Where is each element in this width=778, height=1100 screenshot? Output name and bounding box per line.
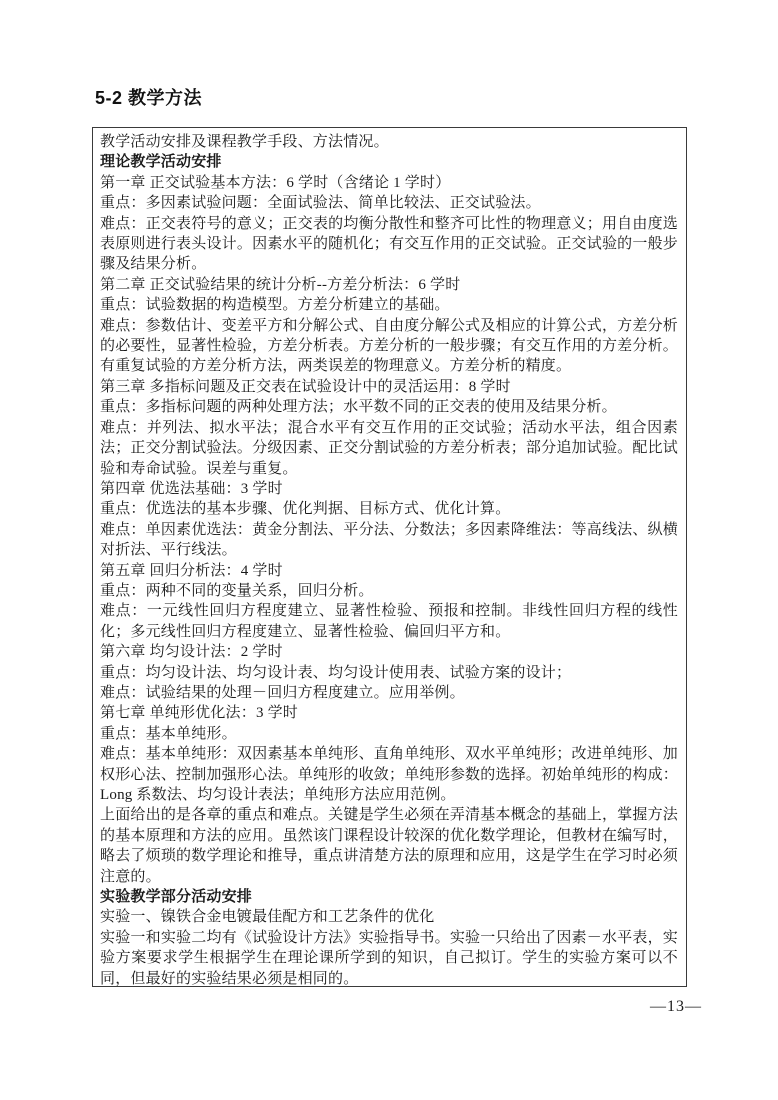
paragraph: 难点：参数估计、变差平方和分解公式、自由度分解公式及相应的计算公式，方差分析的必…	[100, 316, 678, 377]
paragraph: 重点：基本单纯形。	[100, 724, 678, 744]
paragraph: 难点：并列法、拟水平法；混合水平有交互作用的正交试验；活动水平法，组合因素法；正…	[100, 418, 678, 479]
paragraph: 难点：一元线性回归方程度建立、显著性检验、预报和控制。非线性回归方程的线性化；多…	[100, 601, 678, 642]
content-box: 教学活动安排及课程教学手段、方法情况。理论教学活动安排第一章 正交试验基本方法：…	[92, 127, 687, 987]
paragraph: 第四章 优选法基础：3 学时	[100, 479, 678, 499]
paragraph: 难点：单因素优选法：黄金分割法、平分法、分数法；多因素降维法：等高线法、纵横对折…	[100, 520, 678, 561]
page-title: 5-2 教学方法	[95, 84, 202, 110]
section-heading: 实验教学部分活动安排	[100, 887, 678, 907]
paragraph: 重点：优选法的基本步骤、优化判据、目标方式、优化计算。	[100, 499, 678, 519]
paragraph: 第七章 单纯形优化法：3 学时	[100, 703, 678, 723]
paragraph: 重点：多因素试验问题：全面试验法、简单比较法、正交试验法。	[100, 193, 678, 213]
paragraph: 第二章 正交试验结果的统计分析--方差分析法：6 学时	[100, 275, 678, 295]
paragraph: 重点：多指标问题的两种处理方法；水平数不同的正交表的使用及结果分析。	[100, 397, 678, 417]
paragraph: 第六章 均匀设计法：2 学时	[100, 642, 678, 662]
page-number: —13—	[650, 998, 702, 1016]
paragraph: 重点：均匀设计法、均匀设计表、均匀设计使用表、试验方案的设计；	[100, 663, 678, 683]
paragraph: 第三章 多指标问题及正交表在试验设计中的灵活运用：8 学时	[100, 377, 678, 397]
section-heading: 理论教学活动安排	[100, 152, 678, 172]
paragraph: 第五章 回归分析法：4 学时	[100, 561, 678, 581]
paragraph: 难点：基本单纯形：双因素基本单纯形、直角单纯形、双水平单纯形；改进单纯形、加权形…	[100, 744, 678, 805]
paragraph: 实验一、镍铁合金电镀最佳配方和工艺条件的优化	[100, 907, 678, 927]
paragraph: 难点：试验结果的处理－回归方程度建立。应用举例。	[100, 683, 678, 703]
paragraph: 第一章 正交试验基本方法：6 学时（含绪论 1 学时）	[100, 173, 678, 193]
paragraph: 教学活动安排及课程教学手段、方法情况。	[100, 132, 678, 152]
paragraph: 难点：正交表符号的意义；正交表的均衡分散性和整齐可比性的物理意义；用自由度选表原…	[100, 214, 678, 275]
paragraph: 重点：两种不同的变量关系，回归分析。	[100, 581, 678, 601]
paragraph: 上面给出的是各章的重点和难点。关键是学生必须在弄清基本概念的基础上，掌握方法的基…	[100, 805, 678, 887]
paragraph: 实验一和实验二均有《试验设计方法》实验指导书。实验一只给出了因素－水平表，实验方…	[100, 928, 678, 987]
paragraph: 重点：试验数据的构造模型。方差分析建立的基础。	[100, 295, 678, 315]
